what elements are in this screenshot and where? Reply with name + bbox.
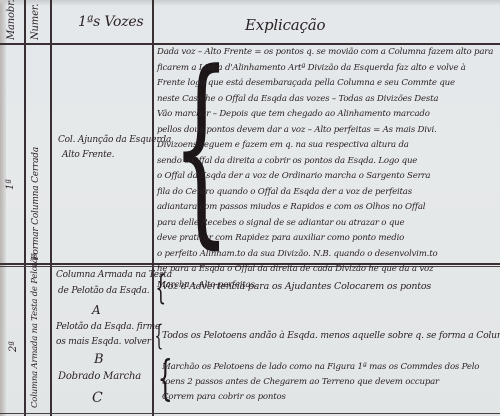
- row1-explanation: Dada voz – Alto Frente = os pontos q. se…: [157, 45, 493, 293]
- page-top-shadow: [0, 0, 500, 6]
- row2-mark-a: A: [92, 303, 100, 317]
- row2-voz-line4: os mais Esqda. volver: [56, 337, 151, 347]
- row2-numero: Columna Armada na Testa de Pelotão: [30, 253, 40, 408]
- ledger-page: Manobr. Numer. 1ªs Vozes Explicação 1ª F…: [0, 0, 500, 416]
- row2-explanation-3a: Marchão os Pelotoens de lado como na Fig…: [162, 362, 479, 372]
- explanation-line: Vão marchar – Depois que tem chegado ao …: [157, 107, 493, 123]
- explanation-line: he para a Esqda o Offal da direita de ca…: [157, 262, 493, 278]
- header-explicacao: Explicação: [245, 16, 325, 34]
- explanation-line: Divizoens seguem e fazem em q. na sua re…: [157, 138, 493, 154]
- explanation-line: neste Caso he o Offal da Esqda das vozes…: [157, 92, 493, 108]
- row2-manobra-number: 2ª: [8, 341, 19, 352]
- row2-explanation-3c: Correm para cobrir os pontos: [162, 392, 286, 402]
- explanation-line: Frente logo que está desembaraçada pella…: [157, 76, 493, 92]
- header-numero: Numer.: [30, 4, 41, 40]
- row2-voz-line5: Dobrado Marcha: [58, 371, 141, 382]
- explanation-line: o Offal da Esqda der a voz de Ordinario …: [157, 169, 493, 185]
- column-rule-2: [50, 0, 52, 416]
- row2-mark-b: B: [94, 352, 103, 367]
- row-rule-2: [0, 413, 500, 414]
- row2-voz-line2: de Pelotão da Esqda.: [58, 286, 149, 296]
- row1-numero: Formar Columna Cerrada: [31, 147, 41, 260]
- header-vozes: 1ªs Vozes: [78, 14, 144, 30]
- row2-explanation-1: Voz d'Advertencia para os Ajudantes Colo…: [162, 281, 431, 292]
- header-manobra: Manobr.: [6, 0, 17, 40]
- page-binding-edge: [0, 0, 6, 416]
- column-rule-1: [24, 0, 26, 416]
- explanation-line: sendo o Offal da direita a cobrir os pon…: [157, 154, 493, 170]
- explanation-line: Dada voz – Alto Frente = os pontos q. se…: [157, 45, 493, 61]
- explanation-line: pellos dous pontos devem dar a voz – Alt…: [157, 123, 493, 139]
- explanation-line: deve praticar com Rapidez para auxiliar …: [157, 231, 493, 247]
- row1-voz-line1: Col. Ajunção da Esquerda: [58, 135, 171, 145]
- row2-explanation-2: Todos os Pelotoens andão à Esqda. menos …: [162, 330, 500, 341]
- row2-explanation-3b: toens 2 passos antes de Chegarem ao Terr…: [162, 377, 439, 387]
- column-rule-3: [152, 0, 154, 416]
- row2-voz-line3: Pelotão da Esqda. firme: [56, 322, 160, 332]
- explanation-line: fila do Centro quando o Offal da Esqda d…: [157, 185, 493, 201]
- explanation-line: ficarem a Linha d'Alinhamento Artª Diviz…: [157, 61, 493, 77]
- explanation-line: o perfeito Alinham.to da sua Divizão. N.…: [157, 247, 493, 263]
- row1-voz-line2: Alto Frente.: [62, 150, 114, 160]
- row2-mark-c: C: [92, 390, 103, 406]
- row1-manobra-number: 1ª: [5, 179, 16, 190]
- explanation-line: para delle Recebes o signal de se adiant…: [157, 216, 493, 232]
- explanation-line: adiantara com passos miudos e Rapidos e …: [157, 200, 493, 216]
